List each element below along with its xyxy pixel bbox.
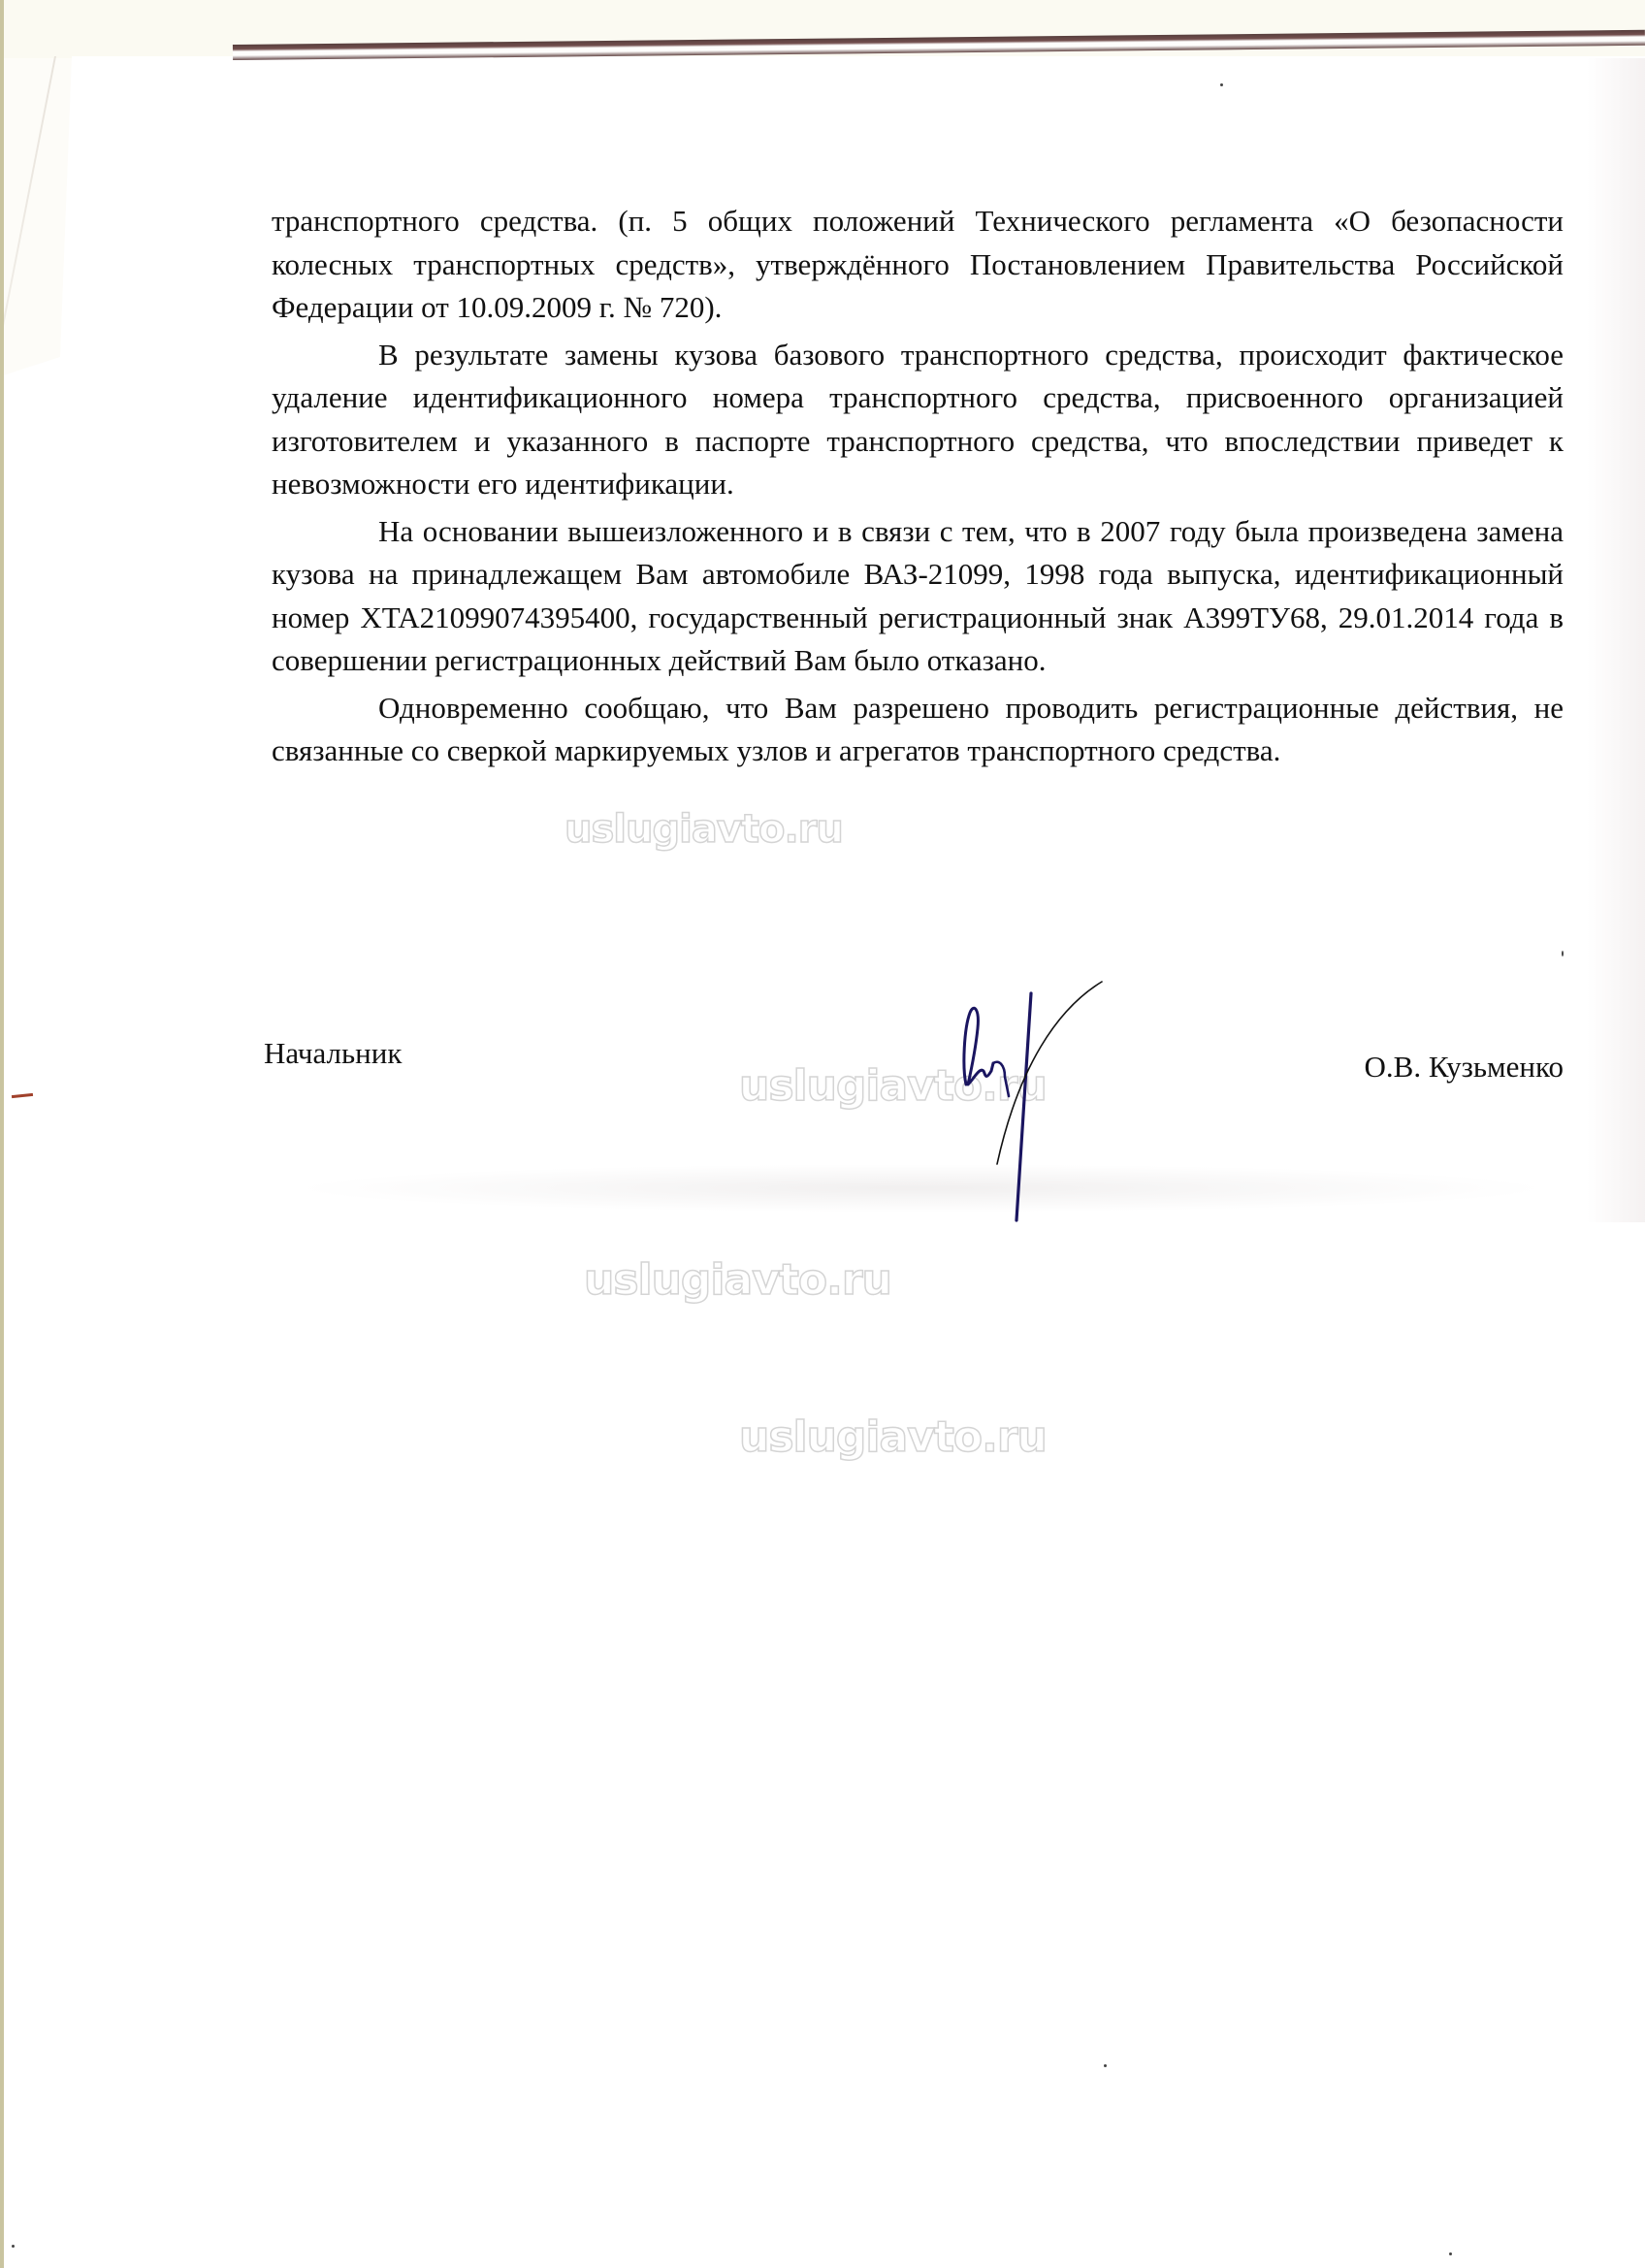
scan-speck [1220, 83, 1223, 86]
scan-speck [12, 2245, 15, 2248]
watermark: uslugiavto.ru [739, 1412, 1047, 1462]
document-body: транспортного средства. (п. 5 общих поло… [272, 200, 1564, 777]
signatory-name: О.В. Кузьменко [1365, 1050, 1564, 1085]
scan-left-edge [0, 0, 4, 2268]
scan-right-shadow [1587, 58, 1645, 1222]
page-corner-fold [0, 56, 56, 376]
paragraph-4: Одновременно сообщаю, что Вам разрешено … [272, 687, 1564, 773]
paragraph-1: транспортного средства. (п. 5 общих поло… [272, 200, 1564, 330]
scan-speck [1104, 2064, 1107, 2067]
handwritten-signature-icon [912, 970, 1106, 1222]
signatory-position: Начальник [264, 1036, 402, 1071]
paragraph-2: В результате замены кузова базового тран… [272, 334, 1564, 506]
scan-speck [1449, 2252, 1452, 2255]
watermark: uslugiavto.ru [564, 807, 843, 852]
scan-speck [1562, 951, 1564, 956]
watermark: uslugiavto.ru [584, 1255, 891, 1305]
paragraph-3: На основании вышеизложенного и в связи с… [272, 510, 1564, 683]
